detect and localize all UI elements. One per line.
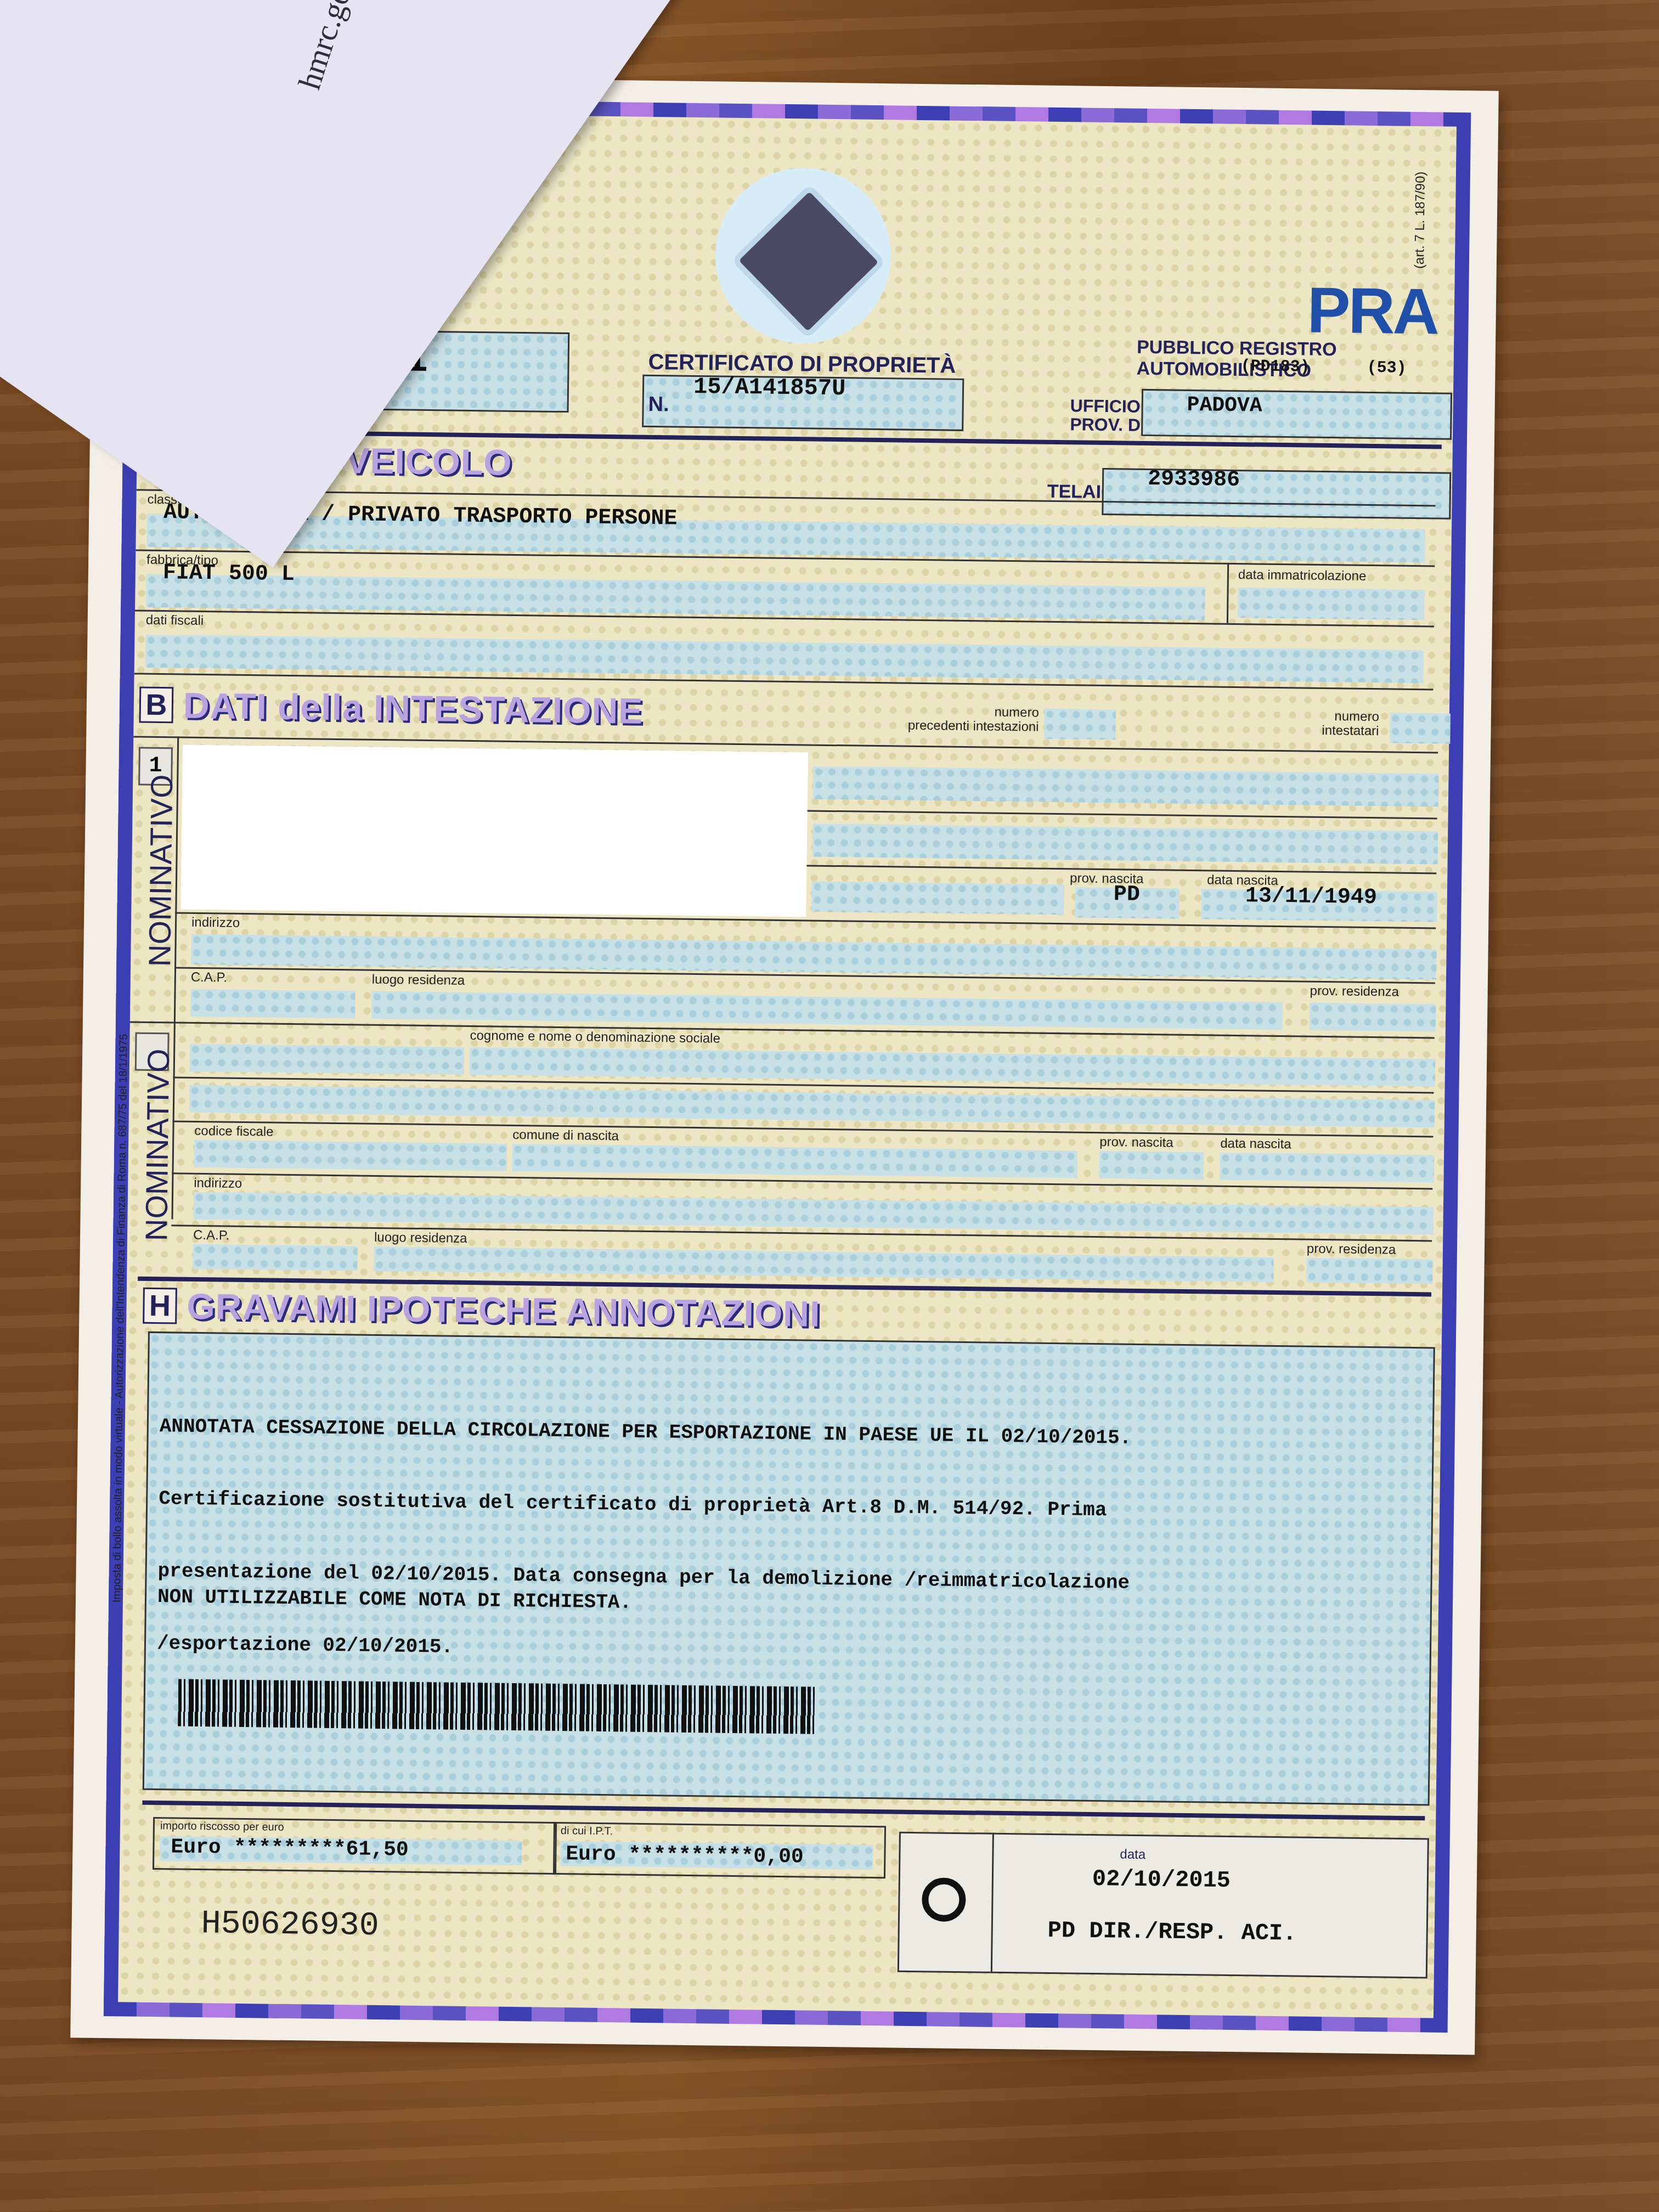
redacted-owner-name	[180, 745, 808, 917]
comune-nascita-field-2	[512, 1144, 1078, 1178]
number-field: N. 15/A141857U	[642, 375, 964, 431]
column-divider	[1227, 563, 1229, 623]
stamp-date-box: data 02/10/2015 PD DIR./RESP. ACI.	[991, 1833, 1429, 1979]
data-nascita-label-2: data nascita	[1220, 1136, 1291, 1153]
annotations-box: ANNOTATA CESSAZIONE DELLA CIRCOLAZIONE P…	[143, 1331, 1435, 1806]
pra-logo: PRA	[1307, 273, 1438, 349]
prov-residenza-field-2	[1306, 1258, 1433, 1284]
serial-number: H50626930	[201, 1905, 379, 1945]
owner-2-field-b	[470, 1047, 1435, 1086]
indirizzo-label-2: indirizzo	[194, 1176, 242, 1192]
fabbrica-tipo-value: FIAT 500 L	[163, 561, 295, 587]
luogo-residenza-label-2: luogo residenza	[374, 1230, 467, 1246]
prov-nascita-value-1: PD	[1114, 882, 1141, 907]
comune-nascita-label-2: comune di nascita	[512, 1127, 619, 1144]
dati-fiscali-label: dati fiscali	[146, 613, 204, 629]
section-h-letter: H	[143, 1288, 177, 1324]
data-nascita-value-1: 13/11/1949	[1245, 884, 1378, 910]
cognome-nome-label-2: cognome e nome o denominazione sociale	[470, 1028, 720, 1047]
stamp-date-label: data	[1120, 1847, 1145, 1863]
office-field: PADOVA	[1141, 389, 1452, 440]
telaio-value: 2933986	[1148, 467, 1240, 493]
luogo-residenza-label-1: luogo residenza	[372, 972, 465, 989]
importo-label: importo riscosso per euro	[160, 1820, 284, 1834]
owner-2-field-c	[189, 1085, 1435, 1128]
hologram-seal-icon	[714, 167, 892, 345]
codice-fiscale-field-2	[194, 1140, 507, 1171]
ipt-label: di cui I.P.T.	[561, 1825, 613, 1838]
owner-name-field	[813, 766, 1439, 807]
data-immatricolazione-field	[1238, 588, 1425, 620]
cap-field-1	[190, 989, 356, 1019]
codice-fiscale-label-2: codice fiscale	[194, 1124, 273, 1140]
prov-residenza-label-1: prov. residenza	[1310, 984, 1400, 1000]
telaio-field: 2933986	[1102, 468, 1451, 520]
luogo-residenza-field-2	[374, 1246, 1273, 1282]
aci-stamp-logo-box	[898, 1832, 996, 1973]
cap-label-1: C.A.P.	[191, 970, 228, 986]
prov-residenza-label-2: prov. residenza	[1307, 1242, 1396, 1258]
importo-value: Euro *********61,50	[171, 1835, 409, 1861]
footer-divider	[142, 1801, 1425, 1821]
office-label: UFFICIO PROV. DI	[1070, 396, 1145, 435]
owner-name-field-2	[812, 824, 1438, 865]
legal-ref-top: (art. 7 L. 187/90)	[1412, 171, 1429, 269]
number-value: 15/A141857U	[693, 374, 846, 402]
indirizzo-label-1: indirizzo	[191, 915, 240, 931]
num-intestatari-field	[1390, 713, 1451, 743]
owner-2-field-a	[190, 1044, 465, 1075]
cap-label-2: C.A.P.	[193, 1228, 230, 1244]
importo-box: importo riscosso per euro Euro *********…	[153, 1817, 557, 1875]
nominativo-label-1: NOMINATIVO	[142, 774, 179, 967]
side-legal-text: Imposta di bollo assolta in modo virtual…	[111, 1034, 131, 1602]
nominativo-label-2: NOMINATIVO	[138, 1048, 176, 1241]
prov-nascita-label-2: prov. nascita	[1099, 1135, 1173, 1151]
data-nascita-field-2	[1220, 1153, 1434, 1183]
num-prec-field	[1044, 709, 1116, 740]
stamp-date-value: 02/10/2015	[1092, 1866, 1231, 1894]
num-intestatari-label: numerointestatari	[1296, 709, 1379, 738]
section-b-title: DATI della INTESTAZIONE	[183, 685, 643, 732]
office-value: PADOVA	[1187, 393, 1262, 418]
registry-code-2: (53)	[1367, 359, 1406, 378]
row-divider	[808, 810, 1437, 819]
section-h-title: GRAVAMI IPOTECHE ANNOTAZIONI	[187, 1285, 821, 1335]
annotation-text: ANNOTATA CESSAZIONE DELLA CIRCOLAZIONE P…	[156, 1366, 1132, 1716]
data-immatricolazione-label: data immatricolazione	[1238, 567, 1367, 584]
luogo-residenza-field-1	[371, 991, 1282, 1030]
aci-logo-icon	[922, 1877, 966, 1922]
cap-field-2	[193, 1244, 358, 1271]
ipt-box: di cui I.P.T. Euro **********0,00	[553, 1822, 886, 1878]
registry-code: (PD183)	[1240, 357, 1310, 377]
num-prec-label: numeroprecedenti intestazioni	[907, 704, 1039, 735]
stamp-signatory: PD DIR./RESP. ACI.	[1047, 1917, 1296, 1947]
number-label: N.	[648, 393, 669, 416]
prov-nascita-field-2	[1099, 1151, 1204, 1180]
owner-comune-field	[811, 882, 1064, 915]
pdf417-barcode-icon	[178, 1679, 815, 1734]
section-b-letter: B	[139, 687, 174, 724]
ipt-value: Euro **********0,00	[566, 1842, 804, 1869]
prov-residenza-field-1	[1310, 1003, 1436, 1032]
